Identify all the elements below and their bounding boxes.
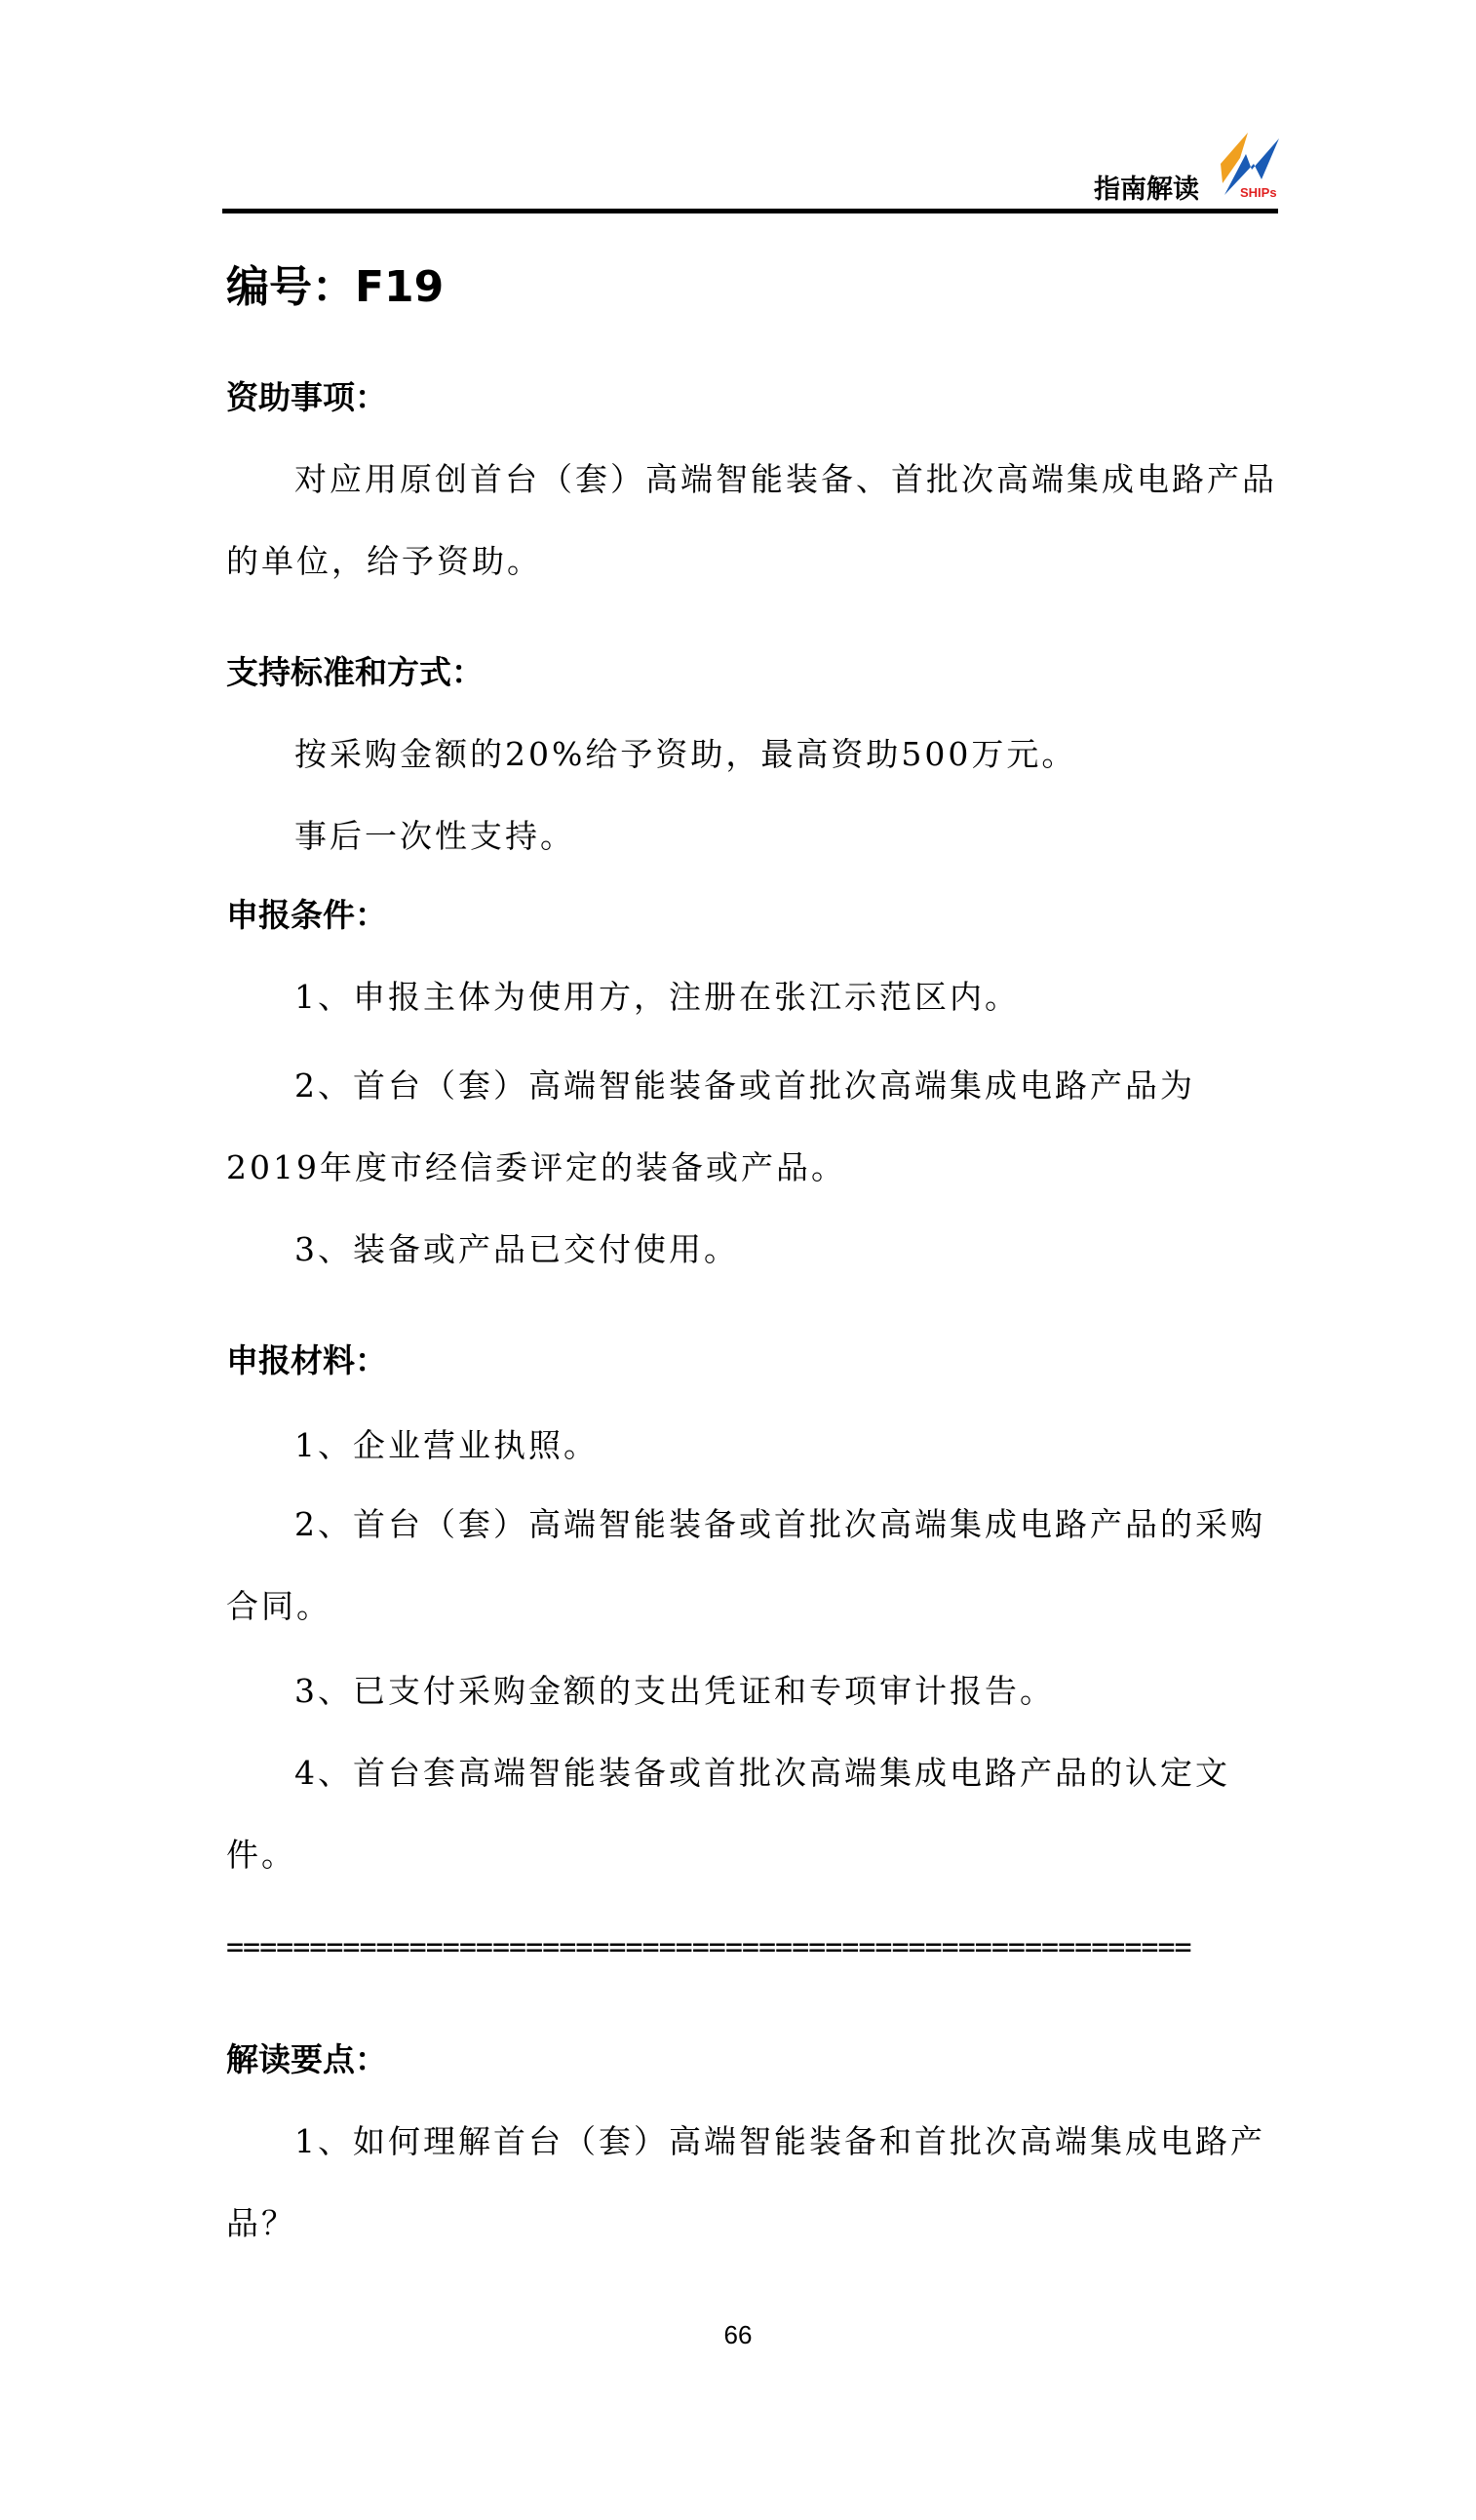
list-item: 3、装备或产品已交付使用。 — [294, 1224, 739, 1270]
heading-funding-item: 资助事项： — [226, 372, 387, 418]
paragraph-line: 按采购金额的20%给予资助，最高资助500万元。 — [294, 729, 1076, 775]
list-item: 1、企业营业执照。 — [294, 1420, 599, 1466]
separator-line: ========================================… — [226, 1930, 1191, 1964]
paragraph-line: 对应用原创首台（套）高端智能装备、首批次高端集成电路产品 — [294, 454, 1277, 500]
list-item: 4、首台套高端智能装备或首批次高端集成电路产品的认定文 — [294, 1748, 1230, 1794]
list-item: 3、已支付采购金额的支出凭证和专项审计报告。 — [294, 1666, 1055, 1712]
paragraph-line: 的单位，给予资助。 — [226, 536, 542, 582]
list-item-cont: 品？ — [226, 2198, 296, 2244]
list-item: 2、首台（套）高端智能装备或首批次高端集成电路产品为 — [294, 1061, 1195, 1106]
page-number: 66 — [0, 2320, 1476, 2350]
list-item-cont: 2019年度市经信委评定的装备或产品。 — [226, 1143, 846, 1188]
list-item-cont: 件。 — [226, 1830, 296, 1876]
svg-text:SHIPs: SHIPs — [1240, 185, 1277, 200]
heading-criteria: 支持标准和方式： — [226, 647, 484, 693]
paragraph-line: 事后一次性支持。 — [294, 811, 575, 857]
heading-conditions: 申报条件： — [226, 890, 387, 936]
list-item: 1、如何理解首台（套）高端智能装备和首批次高端集成电路产 — [294, 2116, 1265, 2162]
header-rule — [222, 209, 1278, 213]
heading-materials: 申报材料： — [226, 1336, 387, 1381]
list-item: 1、申报主体为使用方，注册在张江示范区内。 — [294, 972, 1020, 1018]
doc-number: 编号：F19 — [226, 252, 444, 314]
list-item: 2、首台（套）高端智能装备或首批次高端集成电路产品的采购 — [294, 1499, 1265, 1545]
heading-interpretation: 解读要点： — [226, 2035, 387, 2080]
list-item-cont: 合同。 — [226, 1581, 331, 1627]
ships-logo-icon: SHIPs — [1211, 125, 1289, 203]
header-title: 指南解读 — [1094, 168, 1199, 206]
